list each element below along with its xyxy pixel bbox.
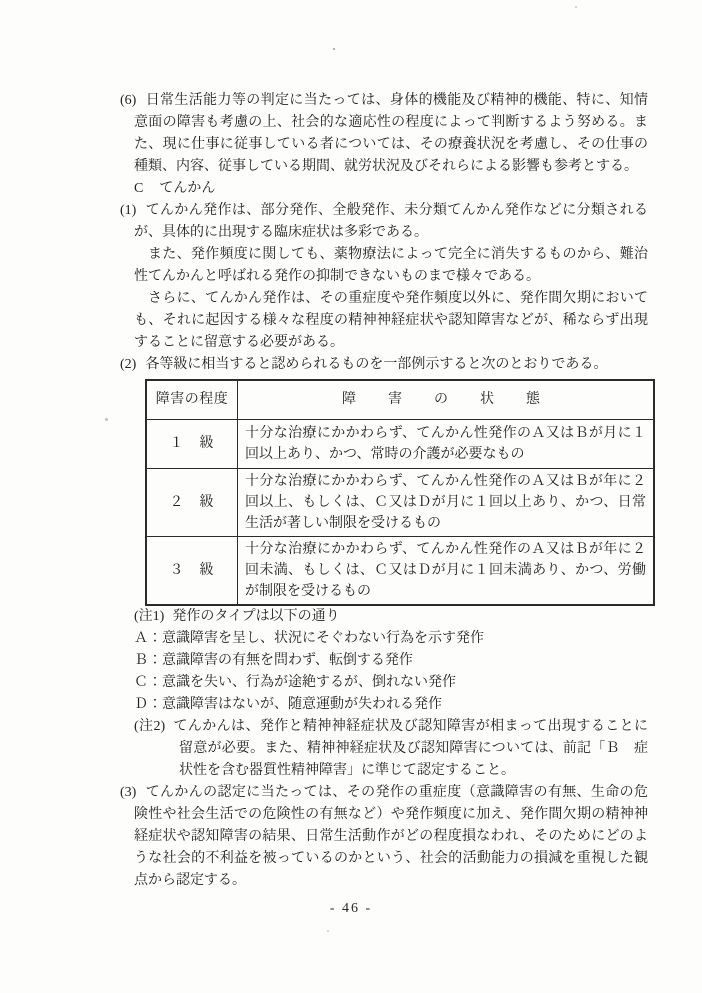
note-2: (注2)てんかんは、発作と精神神経症状及び認知障害が相まって出現することに留意が… <box>134 716 648 782</box>
item-2-label: (2) <box>120 357 145 372</box>
document-body: (6)日常生活能力等の判定に当たっては、身体的機能及び精神的機能、特に、知情意面… <box>134 90 648 892</box>
grade-table-header-degree: 障害の程度 <box>146 380 238 420</box>
note-1-title: 発作のタイプは以下の通り <box>172 609 339 624</box>
scan-speck <box>333 48 335 50</box>
note-1: (注1)発作のタイプは以下の通り Ａ：意識障害を呈し、状況にそぐわない行為を示す… <box>134 606 648 716</box>
paragraph-6-label: (6) <box>120 93 145 108</box>
item-1-paragraph-1: (1)てんかん発作は、部分発作、全般発作、未分類てんかん発作などに分類されるが、… <box>134 200 648 244</box>
item-3-label: (3) <box>120 785 145 800</box>
state-cell: 十分な治療にかかわらず、てんかん性発作のＡ又はＢが年に２回以上、もしくは、Ｃ又は… <box>238 469 655 537</box>
grade-cell: ２ 級 <box>146 469 238 537</box>
document-page: (6)日常生活能力等の判定に当たっては、身体的機能及び精神的機能、特に、知情意面… <box>0 0 702 993</box>
seizure-type-a: Ａ：意識障害を呈し、状況にそぐわない行為を示す発作 <box>134 628 648 650</box>
item-1-paragraph-3: さらに、てんかん発作は、その重症度や発作頻度以外に、発作間欠期においても、それに… <box>134 288 648 354</box>
note-2-label: (注2) <box>134 719 173 734</box>
grade-table: 障害の程度 障 害 の 状 態 １ 級 十分な治療にかかわらず、てんかん性発作の… <box>145 379 655 606</box>
state-cell: 十分な治療にかかわらず、てんかん性発作のＡ又はＢが年に２回未満、もしくは、Ｃ又は… <box>238 537 655 606</box>
table-row: ２ 級 十分な治療にかかわらず、てんかん性発作のＡ又はＢが年に２回以上、もしくは… <box>146 469 654 537</box>
note-1-label: (注1) <box>134 609 172 624</box>
table-row: ３ 級 十分な治療にかかわらず、てんかん性発作のＡ又はＢが年に２回未満、もしくは… <box>146 537 654 606</box>
item-1: (1)てんかん発作は、部分発作、全般発作、未分類てんかん発作などに分類されるが、… <box>134 200 648 354</box>
table-row: １ 級 十分な治療にかかわらず、てんかん性発作のＡ又はＢが月に１回以上あり、かつ… <box>146 420 654 469</box>
seizure-type-b: Ｂ：意識障害の有無を問わず、転倒する発作 <box>134 650 648 672</box>
item-1-paragraph-2: また、発作頻度に関しても、薬物療法によって完全に消失するものから、難治性てんかん… <box>134 244 648 288</box>
page-number: - 46 - <box>0 901 702 917</box>
item-1-text-1: てんかん発作は、部分発作、全般発作、未分類てんかん発作などに分類されるが、具体的… <box>134 203 648 240</box>
seizure-type-d: Ｄ：意識障害はないが、随意運動が失われる発作 <box>134 694 648 716</box>
section-c-title: てんかん <box>159 181 215 196</box>
paragraph-6: (6)日常生活能力等の判定に当たっては、身体的機能及び精神的機能、特に、知情意面… <box>134 90 648 178</box>
grade-table-header-state: 障 害 の 状 態 <box>238 380 655 420</box>
scan-speck <box>105 418 108 421</box>
item-2-text: 各等級に相当すると認められるものを一部例示すると次のとおりである。 <box>145 357 607 372</box>
seizure-type-c: Ｃ：意識を失い、行為が途絶するが、倒れない発作 <box>134 672 648 694</box>
note-1-heading: (注1)発作のタイプは以下の通り <box>134 606 648 628</box>
scan-speck <box>575 6 577 8</box>
item-2: (2)各等級に相当すると認められるものを一部例示すると次のとおりである。 <box>134 354 648 376</box>
item-3-text: てんかんの認定に当たっては、その発作の重症度（意識障害の有無、生命の危険性や社会… <box>134 785 648 888</box>
section-c-heading: Cてんかん <box>134 178 648 200</box>
grade-cell: ３ 級 <box>146 537 238 606</box>
note-2-text: てんかんは、発作と精神神経症状及び認知障害が相まって出現することに留意が必要。ま… <box>173 719 648 778</box>
item-3: (3)てんかんの認定に当たっては、その発作の重症度（意識障害の有無、生命の危険性… <box>134 782 648 892</box>
grade-table-header-row: 障害の程度 障 害 の 状 態 <box>146 380 654 420</box>
grade-cell: １ 級 <box>146 420 238 469</box>
paragraph-6-text: 日常生活能力等の判定に当たっては、身体的機能及び精神的機能、特に、知情意面の障害… <box>134 93 648 174</box>
section-c-label: C <box>134 181 159 196</box>
scan-speck <box>327 930 329 932</box>
item-1-label: (1) <box>120 203 145 218</box>
state-cell: 十分な治療にかかわらず、てんかん性発作のＡ又はＢが月に１回以上あり、かつ、常時の… <box>238 420 655 469</box>
